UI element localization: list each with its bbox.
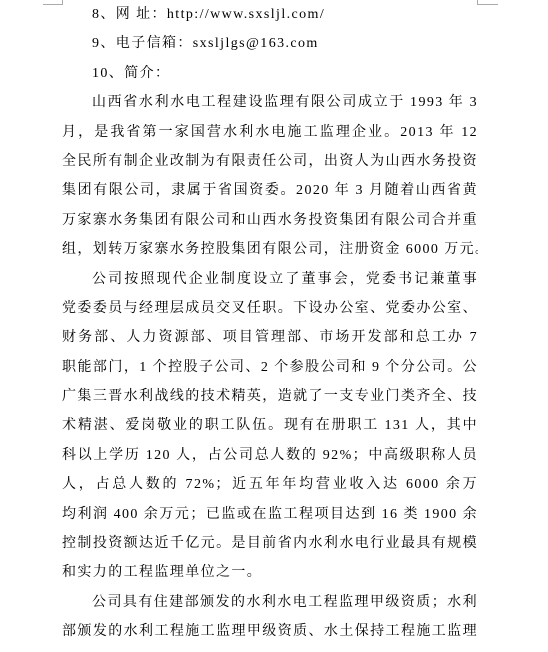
text-line[interactable]: 控制投资额达近千亿元。是目前省内水利水电行业最具有规模 <box>62 529 478 558</box>
text-line[interactable]: 术精湛、爱岗敬业的职工队伍。现有在册职工 131 人，其中本 <box>62 411 478 440</box>
text-boundary-corner-left-icon <box>43 0 63 5</box>
text-line[interactable]: 广集三晋水利战线的技术精英，造就了一支专业门类齐全、技 <box>62 382 478 411</box>
text-line[interactable]: 公司具有住建部颁发的水利水电工程监理甲级资质；水利 <box>62 588 478 617</box>
document-body[interactable]: 8、网 址：http://www.sxsljl.com/ 9、电子信箱：sxsl… <box>62 0 478 647</box>
text-line[interactable]: 人，占总人数的 72%；近五年年均营业收入达 6000 余万元，年 <box>62 470 478 499</box>
text-line[interactable]: 全民所有制企业改制为有限责任公司，出资人为山西水务投资 <box>62 147 478 176</box>
text-boundary-corner-right-icon <box>477 0 498 5</box>
text-line[interactable]: 万家寨水务集团有限公司和山西水务投资集团有限公司合并重 <box>62 206 478 235</box>
text-line[interactable]: 党委委员与经理层成员交叉任职。下设办公室、党委办公室、 <box>62 294 478 323</box>
text-line-intro-heading[interactable]: 10、简介： <box>62 59 478 88</box>
text-line[interactable]: 部颁发的水利工程施工监理甲级资质、水土保持工程施工监理 <box>62 617 478 646</box>
text-line[interactable]: 公司按照现代企业制度设立了董事会，党委书记兼董事长， <box>62 265 478 294</box>
text-line-email[interactable]: 9、电子信箱：sxsljlgs@163.com <box>62 29 478 58</box>
text-line[interactable]: 职能部门，1 个控股子公司、2 个参股公司和 9 个分公司。公司 <box>62 353 478 382</box>
text-line[interactable]: 和实力的工程监理单位之一。 <box>62 558 478 587</box>
text-line[interactable]: 科以上学历 120 人，占公司总人数的 92%；中高级职称人员 93 <box>62 441 478 470</box>
text-line[interactable]: 山西省水利水电工程建设监理有限公司成立于 1993 年 3 <box>62 88 478 117</box>
text-line[interactable]: 月，是我省第一家国营水利水电施工监理企业。2013 年 12 月由 <box>62 118 478 147</box>
text-line-website[interactable]: 8、网 址：http://www.sxsljl.com/ <box>62 0 478 29</box>
document-page: 8、网 址：http://www.sxsljl.com/ 9、电子信箱：sxsl… <box>0 0 548 652</box>
text-line[interactable]: 财务部、人力资源部、项目管理部、市场开发部和总工办 7 个 <box>62 323 478 352</box>
text-line[interactable]: 均利润 400 余万元；已监或在监工程项目达到 16 类 1900 余项， <box>62 500 478 529</box>
text-line[interactable]: 集团有限公司，隶属于省国资委。2020 年 3 月随着山西省黄河 <box>62 176 478 205</box>
text-line[interactable]: 组，划转万家寨水务控股集团有限公司，注册资金 6000 万元。 <box>62 235 478 264</box>
